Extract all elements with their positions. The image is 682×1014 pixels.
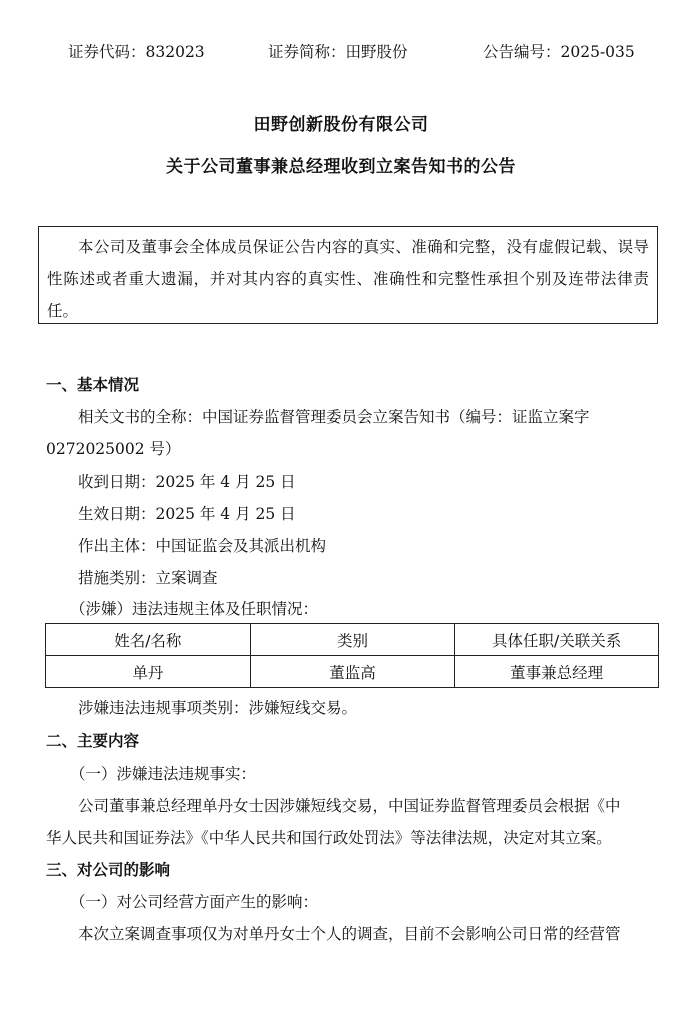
cell-position: 董事兼总经理 xyxy=(455,656,659,688)
disclaimer-box: 本公司及董事会全体成员保证公告内容的真实、准确和完整，没有虚假记载、误导性陈述或… xyxy=(38,226,658,324)
violation-type: 涉嫌违法违规事项类别：涉嫌短线交易。 xyxy=(78,696,357,718)
subject-intro: （涉嫌）违法违规主体及任职情况： xyxy=(70,597,318,619)
document-header: 证券代码：832023 证券简称：田野股份 公告编号：2025-035 xyxy=(0,40,682,64)
column-header-category: 类别 xyxy=(250,624,455,656)
subject-table: 姓名/名称 类别 具体任职/关联关系 单丹 董监高 董事兼总经理 xyxy=(45,623,659,688)
cell-category: 董监高 xyxy=(250,656,455,688)
received-date: 收到日期：2025 年 4 月 25 日 xyxy=(78,470,296,492)
document-name-line-1: 相关文书的全称：中国证券监督管理委员会立案告知书（编号：证监立案字 xyxy=(78,405,590,427)
issuing-authority: 作出主体：中国证监会及其派出机构 xyxy=(78,534,326,556)
section-2-paragraph-line-1: 公司董事兼总经理单丹女士因涉嫌短线交易，中国证券监督管理委员会根据《中 xyxy=(78,794,621,816)
section-3-paragraph-line-1: 本次立案调查事项仅为对单丹女士个人的调查，目前不会影响公司日常的经营管 xyxy=(78,922,621,944)
section-2-paragraph-line-2: 华人民共和国证券法》《中华人民共和国行政处罚法》等法律法规，决定对其立案。 xyxy=(46,826,612,848)
announcement-title: 关于公司董事兼总经理收到立案告知书的公告 xyxy=(0,152,682,177)
table-header-row: 姓名/名称 类别 具体任职/关联关系 xyxy=(46,624,659,656)
cell-name: 单丹 xyxy=(46,656,251,688)
section-3-heading: 三、对公司的影响 xyxy=(46,858,170,880)
section-2-heading: 二、主要内容 xyxy=(46,729,139,751)
column-header-name: 姓名/名称 xyxy=(46,624,251,656)
table-row: 单丹 董监高 董事兼总经理 xyxy=(46,656,659,688)
company-name-title: 田野创新股份有限公司 xyxy=(0,110,682,135)
section-1-heading: 一、基本情况 xyxy=(46,373,139,395)
document-name-line-2: 0272025002 号） xyxy=(46,437,181,459)
security-abbreviation: 证券简称：田野股份 xyxy=(268,40,408,62)
section-3-sub-1: （一）对公司经营方面产生的影响： xyxy=(70,890,318,912)
security-code: 证券代码：832023 xyxy=(68,40,205,62)
effective-date: 生效日期：2025 年 4 月 25 日 xyxy=(78,502,296,524)
measure-type: 措施类别：立案调查 xyxy=(78,566,218,588)
column-header-position: 具体任职/关联关系 xyxy=(455,624,659,656)
announcement-number: 公告编号：2025-035 xyxy=(483,40,635,62)
section-2-sub-1: （一）涉嫌违法违规事实： xyxy=(70,762,256,784)
